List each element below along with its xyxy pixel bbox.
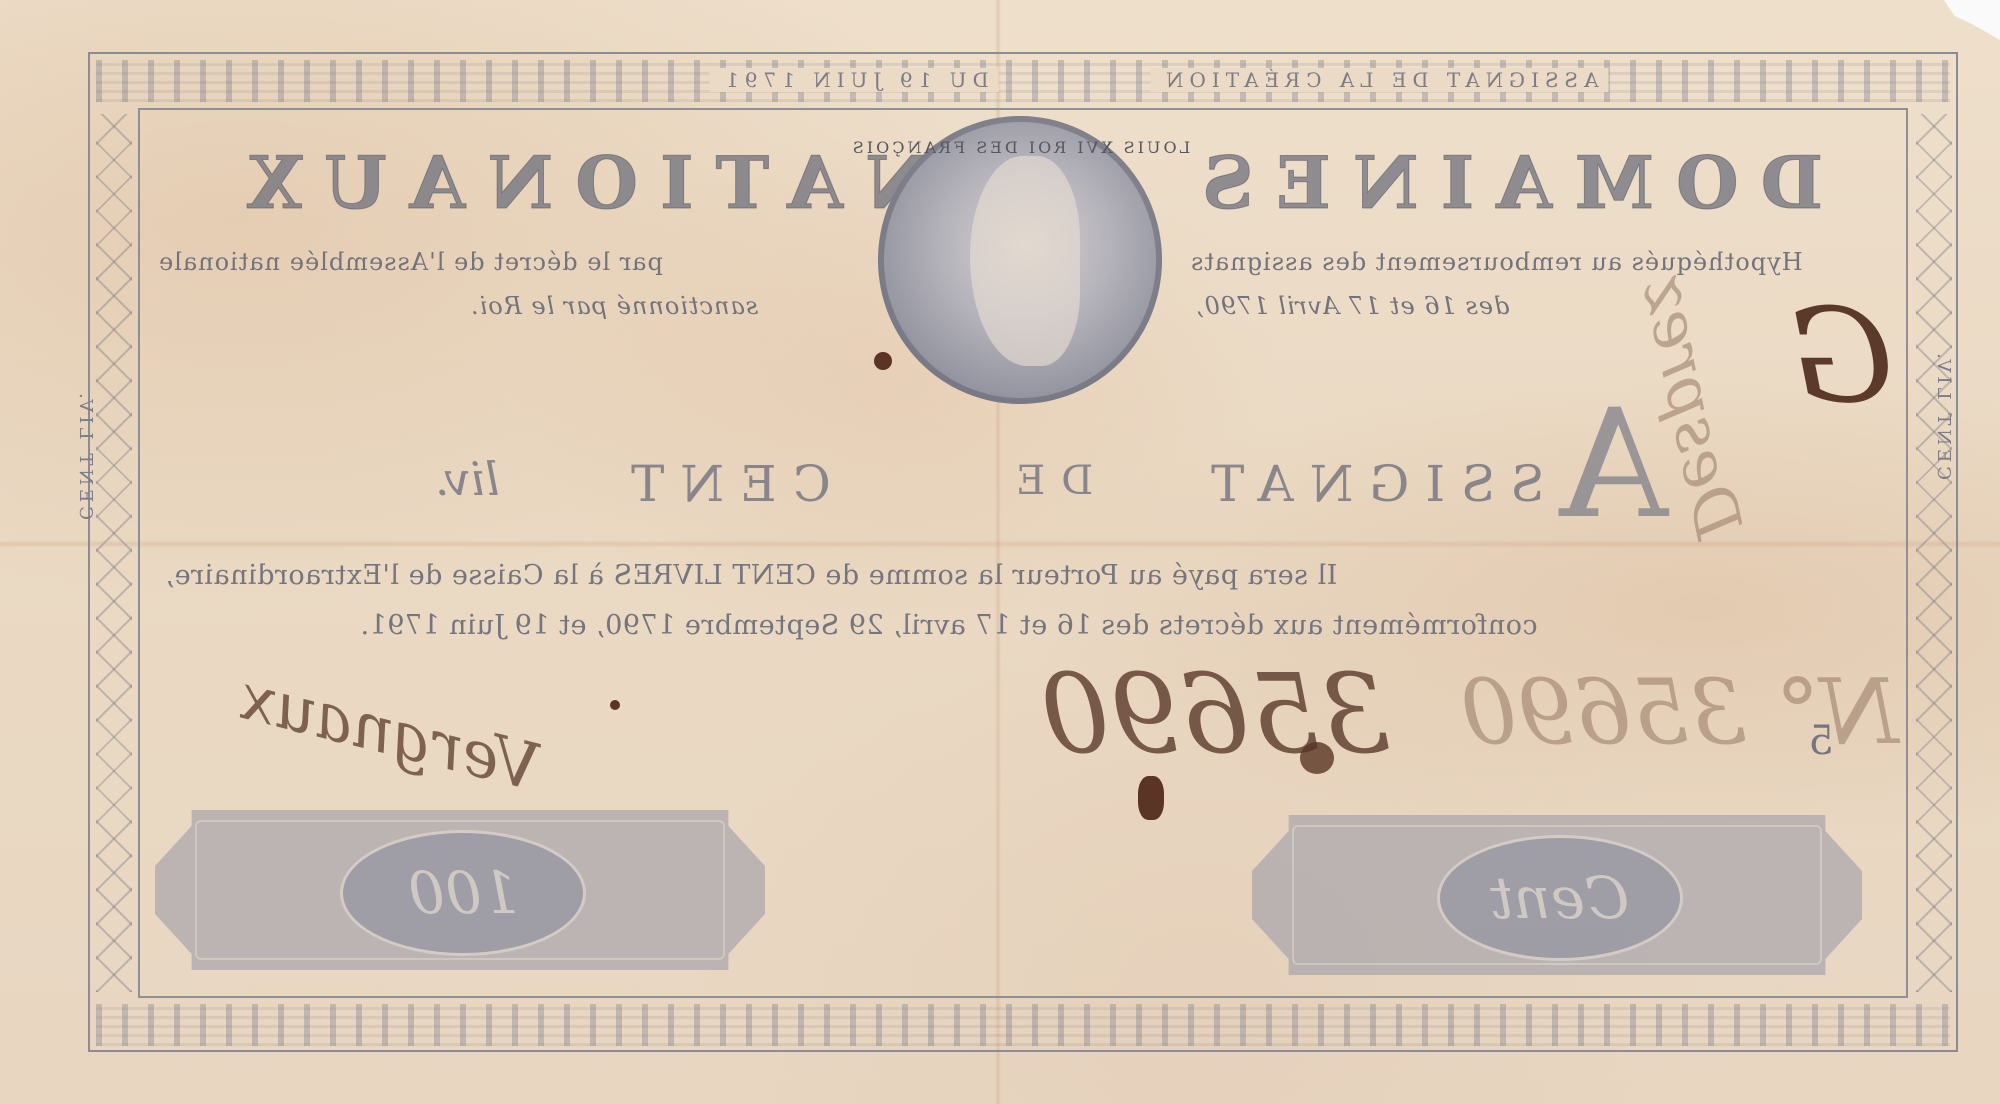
denomination-word-livres: liv. <box>435 452 500 506</box>
value-oval: 100 <box>340 830 586 956</box>
denomination-word-cent: CENT <box>615 455 831 513</box>
value-cartouche-right: Cent <box>1252 815 1862 975</box>
cartouche-value-100: 100 <box>408 859 519 927</box>
value-oval: Cent <box>1437 835 1683 961</box>
ornament-pattern <box>96 1004 1950 1046</box>
right-ornamental-border <box>1910 108 1958 998</box>
header-domaines: DOMAINES <box>1180 140 1823 225</box>
top-ornamental-border: ASSIGNAT DE LA CRÉATION DU 19 JUIN 1791 <box>90 54 1956 108</box>
body-text-line1: Il sera payé au Porteur la somme de CENT… <box>165 560 1337 591</box>
ink-stain <box>1300 742 1334 774</box>
ink-stain <box>610 700 620 710</box>
header-line2-left: sanctionné par le Roi. <box>470 292 758 320</box>
cartouche-value-cent: Cent <box>1490 864 1629 932</box>
royal-medallion-portrait: LOUIS XVI ROI DES FRANÇOIS <box>878 116 1162 404</box>
header-line2-right: des 16 et 17 Avril 1790, <box>1195 292 1509 320</box>
right-side-caption: CENT LIV. <box>1933 349 1954 480</box>
header-line1-left: par le décret de l'Assemblée nationale <box>158 248 663 276</box>
ornament-pattern <box>96 114 132 992</box>
serial-number-printed: N° 35690 <box>1460 660 1899 765</box>
ornament-pattern <box>1916 114 1952 992</box>
medallion-legend: LOUIS XVI ROI DES FRANÇOIS <box>850 138 1190 157</box>
body-text-line2: conformément aux décrets des 16 et 17 av… <box>360 610 1538 641</box>
handwritten-serial-number: 35690 <box>1040 650 1390 778</box>
monogram-signature: G <box>1790 280 1894 432</box>
header-line1-right: Hypothéqués au remboursement des assigna… <box>1190 248 1803 276</box>
ornament-pattern <box>96 60 1950 102</box>
value-cartouche-left: 100 <box>155 810 765 970</box>
header-nationaux: NATIONAUX <box>225 140 931 225</box>
denomination-word-de: DE <box>1000 458 1093 504</box>
ink-stain <box>874 352 892 370</box>
denomination-word-assignat: SSIGNAT <box>1195 455 1545 513</box>
border-caption-date: DU 19 JUIN 1791 <box>710 68 999 92</box>
ink-stain <box>1138 776 1164 820</box>
torn-corner <box>1930 0 2000 40</box>
bottom-ornamental-border <box>90 998 1956 1052</box>
left-side-caption: CENT LIV. <box>75 389 96 520</box>
left-ornamental-border <box>90 108 138 998</box>
border-caption-creation: ASSIGNAT DE LA CRÉATION <box>1150 68 1608 92</box>
